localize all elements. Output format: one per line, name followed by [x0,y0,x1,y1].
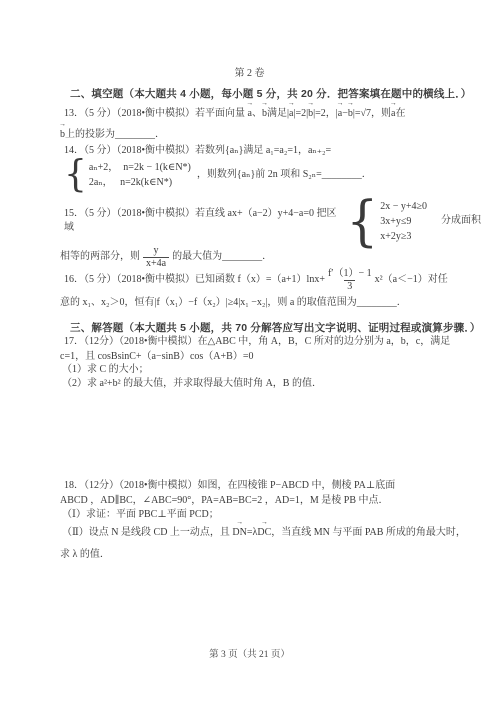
page-footer: 第 3 页（共 21 页） [0,648,499,662]
problem-15-line-2: 相等的两部分，则 y x+4a 的最大值为________． [60,245,481,269]
case-line: aₙ+2， n=2k − 1(k∈N*) [89,160,191,175]
p18-text: ，当直线 MN 与平面 PAB 所成的角最大时， [271,527,466,538]
exam-paper-page: 第 2 卷 二、填空题（本大题共 4 小题，每小题 5 分，共 20 分．把答案… [0,0,499,706]
vector-b: b [308,107,313,121]
p18-text: （Ⅱ）设点 N 是线段 CD 上一动点，且 [62,527,230,538]
problem-18-line-1: 18．（12分）（2018•衡中模拟）如图，在四棱锥 P−ABCD 中，侧棱 P… [64,479,481,493]
p13-text: 、 [252,108,262,119]
page-title: 第 2 卷 [0,67,499,81]
problem-17-line-1: 17．（12分）（2018•衡中模拟）在△ABC 中，角 A，B，C 所对的边分… [64,335,481,349]
problem-17-item-2: （2）求 a²+b² 的最大值，并求取得最大值时角 A，B 的值． [62,377,481,391]
problem-18-item-2: （Ⅱ）设点 N 是线段 CD 上一动点，且 DN=λDC，当直线 MN 与平面 … [62,526,481,540]
problem-15-line-1: 15．（5 分）（2018•衡中模拟）若直线 ax+（a−2）y+4−a=0 把… [64,196,481,246]
problem-13-line-1: 13．（5 分）（2018•衡中模拟）若平面向量 a、b满足|a|=2|b|=2… [64,107,481,121]
case-line: 2aₙ， n=2k(k∈N*) [89,175,191,190]
vector-a: a [248,107,252,121]
p15-text: 15．（5 分）（2018•衡中模拟）若直线 ax+（a−2）y+4−a=0 把… [64,207,346,235]
p16-text: x²（a＜−1）对任 [375,273,448,287]
vector-b: b [262,107,267,121]
vector-DN: DN [232,526,246,540]
left-brace: { [346,194,378,248]
inequality-line: 3x+y≤9 [380,214,427,229]
answer-blank: 的最大值为________． [172,250,272,264]
vector-a: a [391,107,395,121]
left-brace: { [64,156,87,194]
p13-text: |=√7，则 [353,108,391,119]
vector-a: a [338,107,342,121]
vector-b: b [60,128,65,142]
inequality-line: 2x − y+4≥0 [380,199,427,214]
problem-13-line-2: b上的投影为________． [60,128,481,142]
p13-text: 满足| [267,108,289,119]
problem-14-line-1: 14．（5 分）（2018•衡中模拟）若数列{aₙ}满足 a₁=a₂=1，aₙ₊… [64,144,481,158]
piecewise-cases: aₙ+2， n=2k − 1(k∈N*) 2aₙ， n=2k(k∈N*) [89,160,191,190]
problem-16-line-1: 16．（5 分）（2018•衡中模拟）已知函数 f（x）=（a+1）lnx+ f… [64,268,481,292]
problem-18-line-2: ABCD ，AD∥BC，∠ABC=90°，PA=AB=BC=2 ，AD=1，M … [60,494,481,508]
problem-17-item-1: （1）求 C 的大小； [62,363,481,377]
problem-16-line-2: 意的 x₁、x₂＞0，恒有|f（x₁）−f（x₂）|≥4|x₁ −x₂|，则 a… [60,296,481,310]
section-title-fill: 二、填空题（本大题共 4 小题，每小题 5 分，共 20 分．把答案填在题中的横… [70,87,481,101]
vector-b: b [348,107,353,121]
vector-DC: DC [257,526,271,540]
p13-text: |=2| [293,108,308,119]
problem-18-item-2-end: 求 λ 的值． [60,548,481,562]
fraction-numerator: y [154,245,159,257]
fraction: y x+4a [143,245,169,269]
section-title-solve: 三、解答题（本大题共 5 小题，共 70 分解答应写出文字说明、证明过程或演算步… [70,321,481,335]
problem-14-cases-row: { aₙ+2， n=2k − 1(k∈N*) 2aₙ， n=2k(k∈N*) ，… [64,157,481,193]
p13-text: 13．（5 分）（2018•衡中模拟）若平面向量 [64,108,245,119]
vector-a: a [289,107,293,121]
p16-text: 16．（5 分）（2018•衡中模拟）已知函数 f（x）=（a+1）lnx+ [64,273,325,287]
inequality-system: 2x − y+4≥0 3x+y≤9 x+2y≥3 [380,199,427,244]
p15-text: 分成面积 [441,214,481,228]
problem-17-line-2: c=1，且 cosBsinC+（a−sinB）cos（A+B）=0 [60,350,481,364]
problem-18-item-1: （Ⅰ）求证：平面 PBC⊥平面 PCD； [62,508,481,522]
p15-text: 相等的两部分，则 [60,250,140,264]
p18-text: =λ [247,527,258,538]
fraction-denominator: 3 [344,280,355,293]
p13-text: 在 [395,108,405,119]
answer-blank: 上的投影为________． [65,129,165,140]
inequality-line: x+2y≥3 [380,229,427,244]
fraction: f′（1）− 1 3 [328,268,372,292]
answer-blank: ，则数列{aₙ}前 2n 项和 S₂ₙ=________． [197,168,372,182]
fraction-numerator: f′（1）− 1 [328,268,372,280]
p13-text: |=2，| [313,108,338,119]
